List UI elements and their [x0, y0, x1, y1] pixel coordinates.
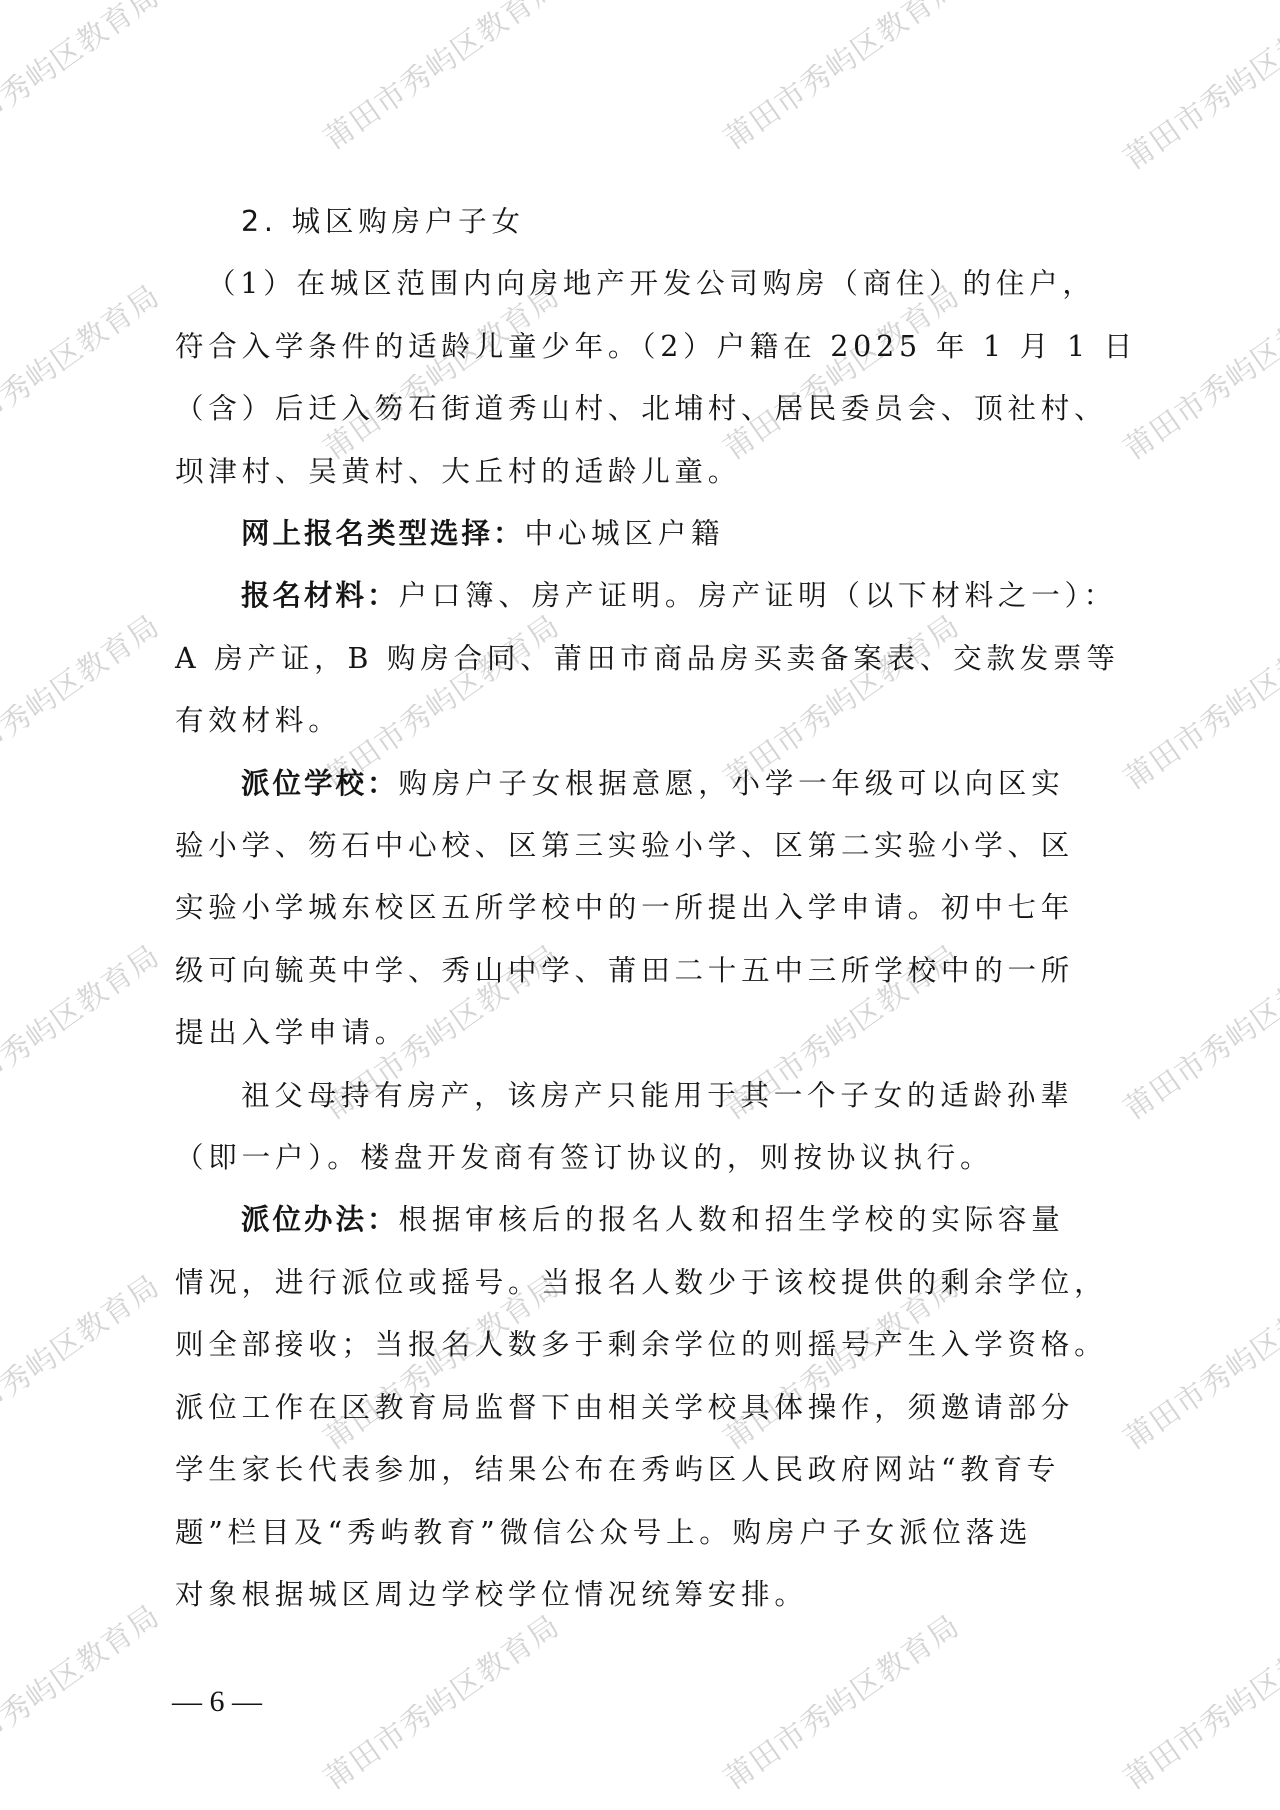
paragraph-line: 学生家长代表参加，结果公布在秀屿区人民政府网站“教育专 [175, 1450, 1110, 1490]
paragraph-line: 级可向毓英中学、秀山中学、莆田二十五中三所学校中的一所 [175, 951, 1110, 991]
assigned-schools-text: 购房户子女根据意愿，小学一年级可以向区实 [399, 767, 1065, 800]
watermark: 莆田市秀屿区教育局 [713, 1602, 967, 1798]
paragraph-line: （含）后迁入笏石街道秀山村、北埔村、居民委员会、顶社村、 [175, 389, 1110, 429]
watermark: 莆田市秀屿区教育局 [0, 1262, 167, 1458]
paragraph-line: A 房产证，B 购房合同、莆田市商品房买卖备案表、交款发票等 [175, 639, 1110, 679]
paragraph-line: 符合入学条件的适龄儿童少年。（2）户籍在 2025 年 1 月 1 日 [175, 327, 1110, 367]
watermark: 莆田市秀屿区教育局 [0, 0, 167, 168]
paragraph-line: （即一户）。楼盘开发商有签订协议的，则按协议执行。 [175, 1138, 1110, 1178]
document-page: 莆田市秀屿区教育局 莆田市秀屿区教育局 莆田市秀屿区教育局 莆田市秀屿区教育局 … [0, 0, 1280, 1810]
watermark: 莆田市秀屿区教育局 [313, 1602, 567, 1798]
watermark: 莆田市秀屿区教育局 [1113, 1602, 1280, 1798]
paragraph-line: 对象根据城区周边学校学位情况统筹安排。 [175, 1575, 1110, 1615]
paragraph-line: 则全部接收；当报名人数多于剩余学位的则摇号产生入学资格。 [175, 1325, 1110, 1365]
watermark: 莆田市秀屿区教育局 [1113, 1262, 1280, 1458]
paragraph-line: 提出入学申请。 [175, 1013, 1110, 1053]
paragraph-line: 情况，进行派位或摇号。当报名人数少于该校提供的剩余学位， [175, 1263, 1110, 1303]
watermark: 莆田市秀屿区教育局 [0, 1592, 167, 1788]
watermark: 莆田市秀屿区教育局 [713, 0, 967, 158]
paragraph-line: 坝津村、吴黄村、大丘村的适龄儿童。 [175, 452, 1110, 492]
paragraph-line: （1）在城区范围内向房地产开发公司购房（商住）的住户， [175, 264, 1142, 304]
paragraph-line: 实验小学城东校区五所学校中的一所提出入学申请。初中七年 [175, 888, 1110, 928]
watermark: 莆田市秀屿区教育局 [1113, 0, 1280, 178]
materials-line: 报名材料：户口簿、房产证明。房产证明（以下材料之一）： [175, 576, 1110, 616]
paragraph-line: 派位工作在区教育局监督下由相关学校具体操作，须邀请部分 [175, 1388, 1110, 1428]
materials-label: 报名材料： [241, 579, 399, 612]
online-type-line: 网上报名类型选择：中心城区户籍 [175, 514, 1110, 554]
assignment-method-label: 派位办法： [241, 1203, 399, 1236]
paragraph-line: 题”栏目及“秀屿教育”微信公众号上。购房户子女派位落选 [175, 1513, 1110, 1553]
online-type-value: 中心城区户籍 [525, 517, 725, 550]
paragraph-line: 验小学、笏石中心校、区第三实验小学、区第二实验小学、区 [175, 826, 1110, 866]
watermark: 莆田市秀屿区教育局 [0, 602, 167, 798]
paragraph-line: 有效材料。 [175, 701, 1110, 741]
materials-text: 户口簿、房产证明。房产证明（以下材料之一）： [399, 579, 1117, 612]
assigned-schools-line: 派位学校：购房户子女根据意愿，小学一年级可以向区实 [175, 764, 1110, 804]
watermark: 莆田市秀屿区教育局 [0, 272, 167, 468]
page-number: — 6 — [172, 1682, 262, 1722]
online-type-label: 网上报名类型选择： [241, 517, 525, 550]
assignment-method-line: 派位办法：根据审核后的报名人数和招生学校的实际容量 [175, 1200, 1110, 1240]
assignment-method-text: 根据审核后的报名人数和招生学校的实际容量 [399, 1203, 1065, 1236]
watermark: 莆田市秀屿区教育局 [313, 0, 567, 158]
assigned-schools-label: 派位学校： [241, 767, 399, 800]
watermark: 莆田市秀屿区教育局 [1113, 602, 1280, 798]
watermark: 莆田市秀屿区教育局 [1113, 932, 1280, 1128]
paragraph-line: 祖父母持有房产，该房产只能用于其一个子女的适龄孙辈 [175, 1076, 1110, 1116]
watermark: 莆田市秀屿区教育局 [0, 932, 167, 1128]
section-heading: 2. 城区购房户子女 [175, 202, 1110, 242]
